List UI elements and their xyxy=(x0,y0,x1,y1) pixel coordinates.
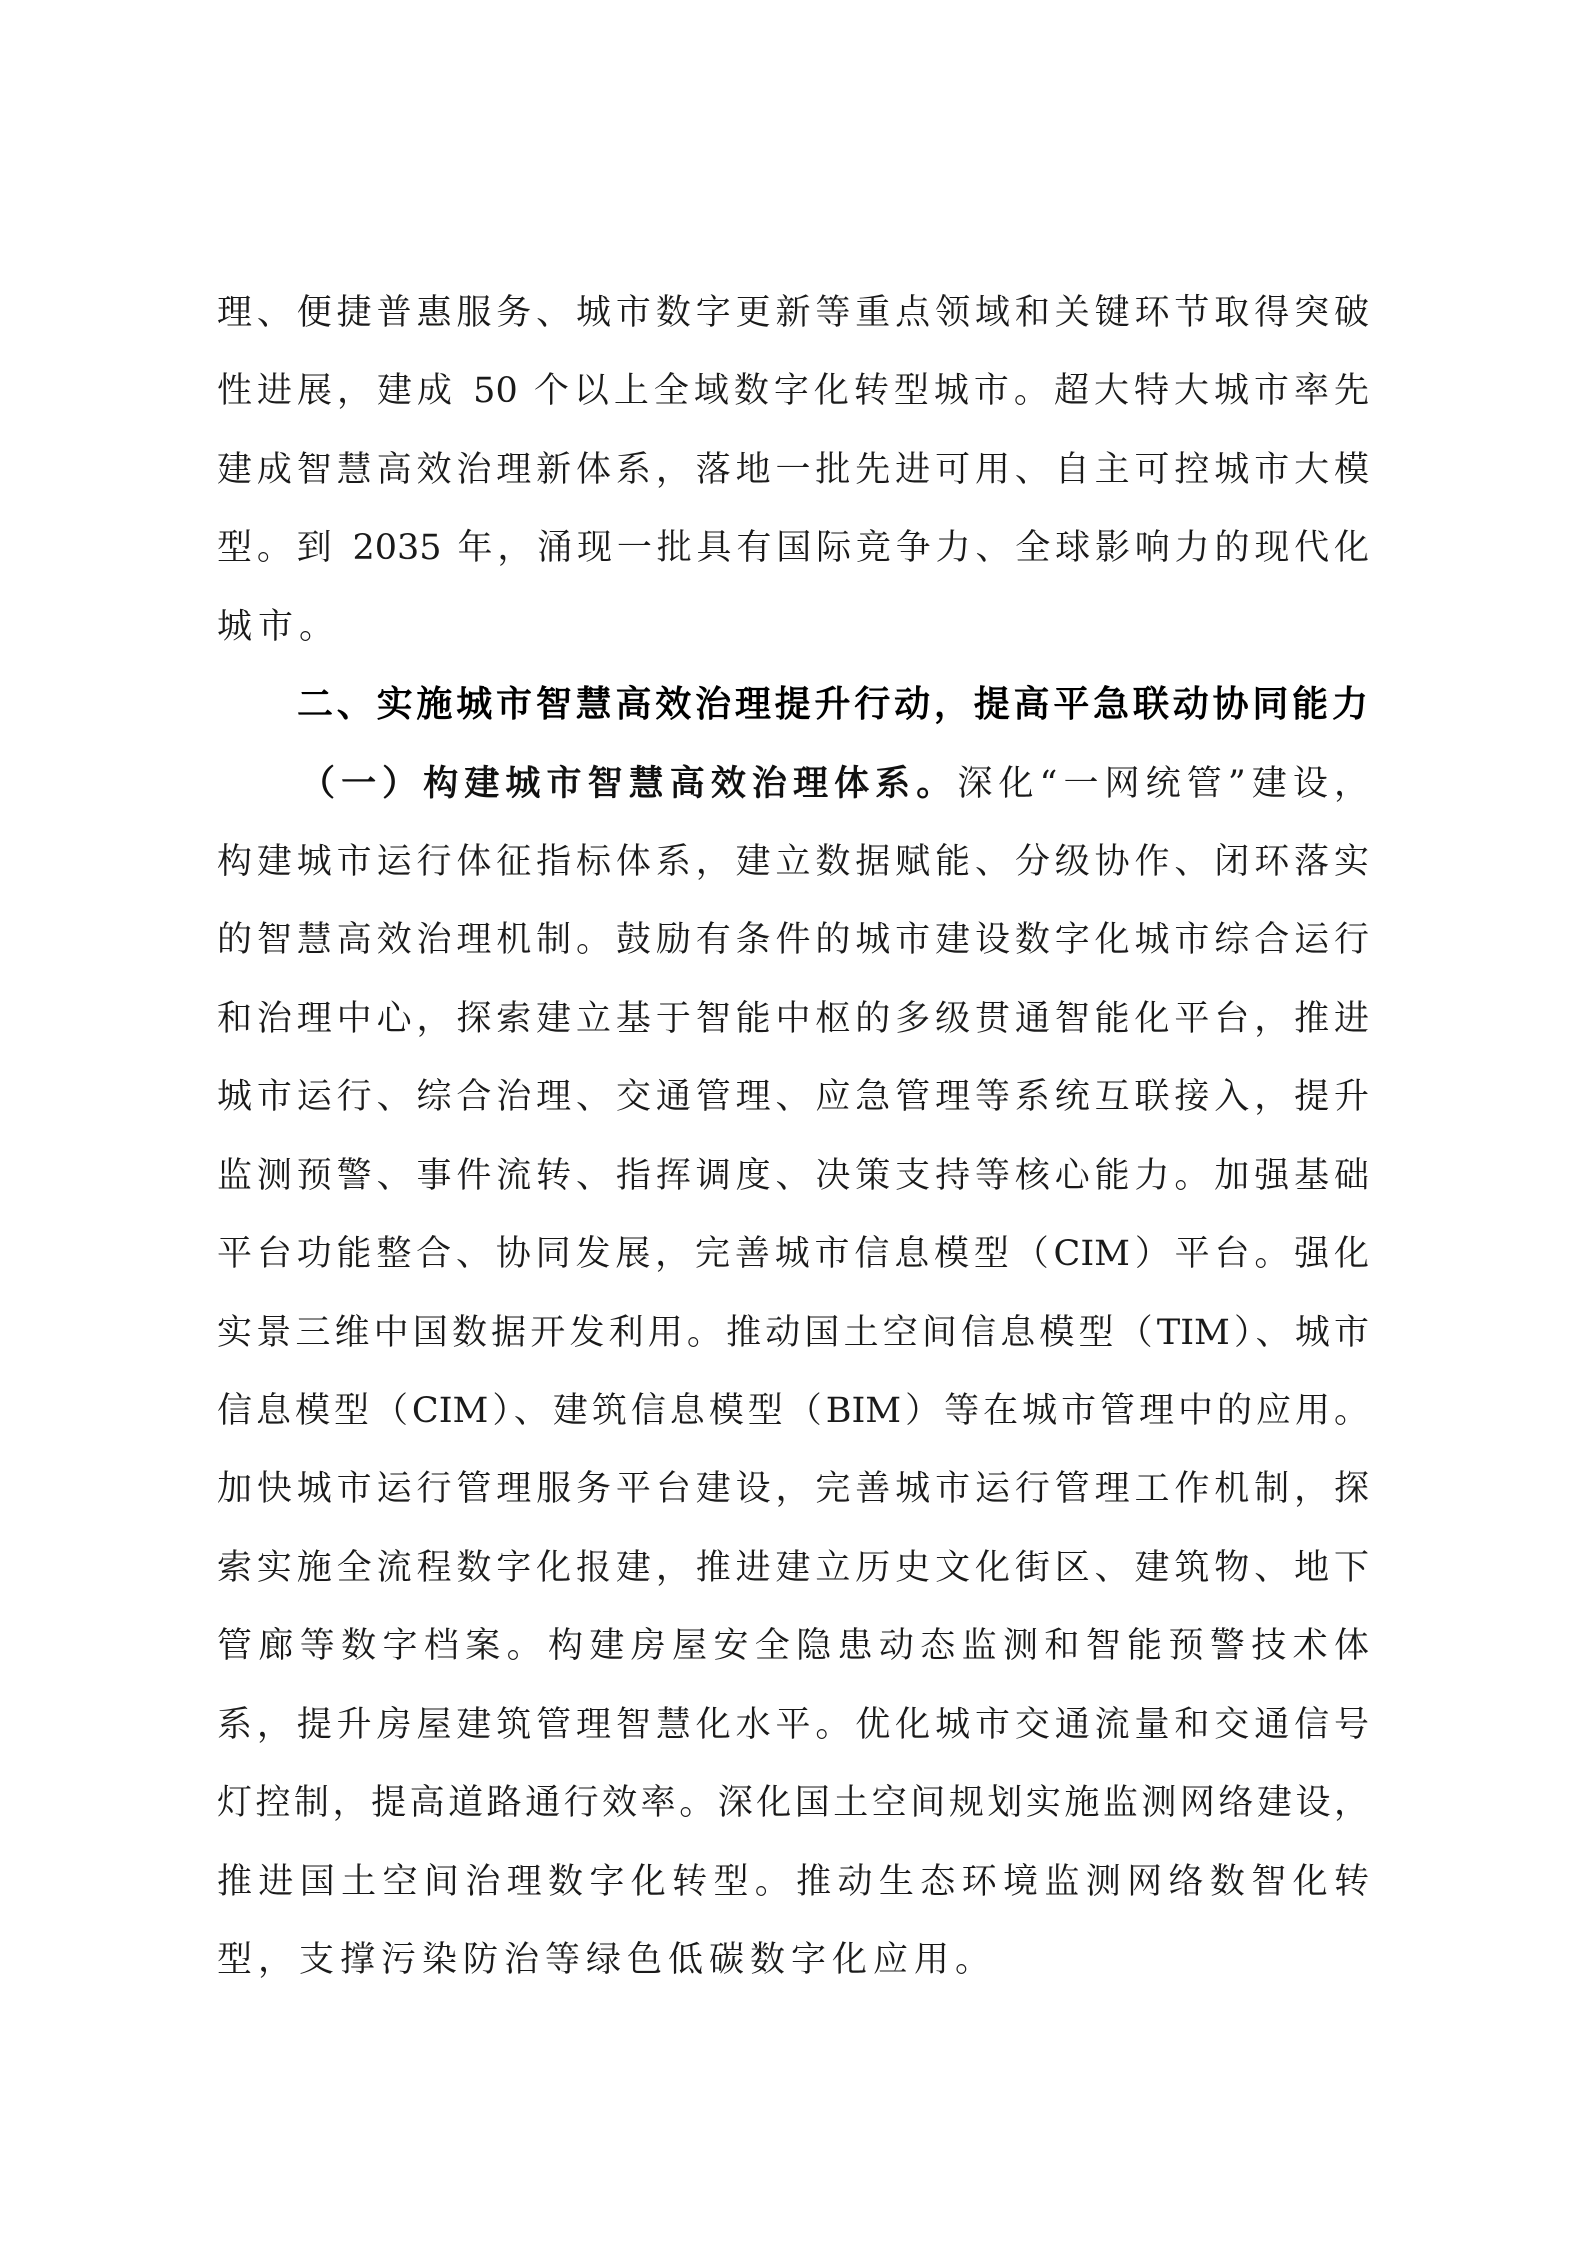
paragraph-line: 实景三维中国数据开发利用。推动国土空间信息模型（TIM）、城市 xyxy=(217,1303,1369,1363)
subsection-title: （一）构建城市智慧高效治理体系。 xyxy=(300,763,957,804)
subsection-text: 深化“一网统管”建设， xyxy=(957,764,1369,804)
paragraph-line: 的智慧高效治理机制。鼓励有条件的城市建设数字化城市综合运行 xyxy=(217,910,1369,970)
paragraph-line: 监测预警、事件流转、指挥调度、决策支持等核心能力。加强基础 xyxy=(217,1146,1369,1206)
paragraph-line: 构建城市运行体征指标体系，建立数据赋能、分级协作、闭环落实 xyxy=(217,832,1369,892)
paragraph-line: 城市运行、综合治理、交通管理、应急管理等系统互联接入，提升 xyxy=(217,1067,1369,1127)
paragraph-line: 理、便捷普惠服务、城市数字更新等重点领域和关键环节取得突破 xyxy=(217,283,1369,343)
paragraph-line: 推进国土空间治理数字化转型。推动生态环境监测网络数智化转 xyxy=(217,1852,1369,1912)
paragraph-line: 灯控制，提高道路通行效率。深化国土空间规划实施监测网络建设， xyxy=(217,1773,1369,1833)
subsection-line: （一）构建城市智慧高效治理体系。深化“一网统管”建设， xyxy=(300,754,1369,814)
paragraph-line: 系，提升房屋建筑管理智慧化水平。优化城市交通流量和交通信号 xyxy=(217,1695,1369,1755)
paragraph-line: 型，支撑污染防治等绿色低碳数字化应用。 xyxy=(217,1930,1369,1990)
paragraph-line: 性进展，建成 50 个以上全域数字化转型城市。超大特大城市率先 xyxy=(217,361,1369,421)
paragraph-line: 加快城市运行管理服务平台建设，完善城市运行管理工作机制，探 xyxy=(217,1459,1369,1519)
paragraph-line: 平台功能整合、协同发展，完善城市信息模型（CIM）平台。强化 xyxy=(217,1224,1369,1284)
document-page: 理、便捷普惠服务、城市数字更新等重点领域和关键环节取得突破 性进展，建成 50 … xyxy=(0,0,1587,2245)
paragraph-line: 信息模型（CIM）、建筑信息模型（BIM）等在城市管理中的应用。 xyxy=(217,1381,1369,1441)
paragraph-line: 管廊等数字档案。构建房屋安全隐患动态监测和智能预警技术体 xyxy=(217,1616,1369,1676)
paragraph-line: 和治理中心，探索建立基于智能中枢的多级贯通智能化平台，推进 xyxy=(217,989,1369,1049)
paragraph-line: 型。到 2035 年，涌现一批具有国际竞争力、全球影响力的现代化 xyxy=(217,518,1369,578)
paragraph-line: 建成智慧高效治理新体系，落地一批先进可用、自主可控城市大模 xyxy=(217,440,1369,500)
paragraph-line: 城市。 xyxy=(217,597,1369,657)
section-heading: 二、实施城市智慧高效治理提升行动，提高平急联动协同能力 xyxy=(297,675,1368,735)
paragraph-line: 索实施全流程数字化报建，推进建立历史文化街区、建筑物、地下 xyxy=(217,1538,1369,1598)
